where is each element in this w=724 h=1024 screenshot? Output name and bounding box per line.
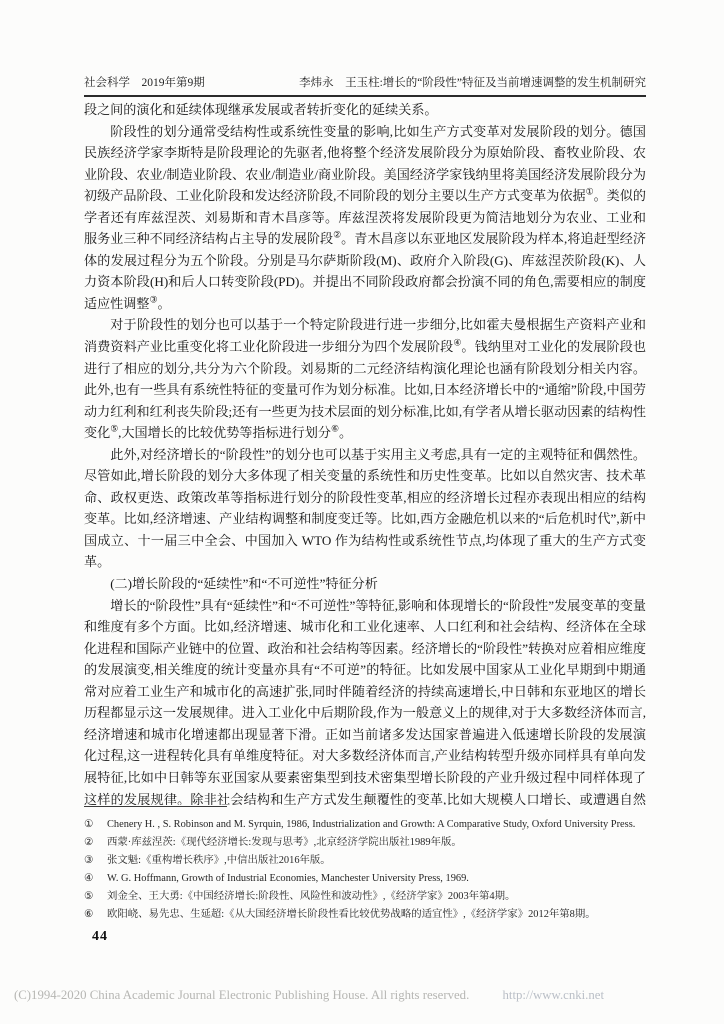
article-body: 段之间的演化和延续体现继承发展或者转折变化的延续关系。 阶段性的划分通常受结构性… (84, 99, 646, 805)
body-paragraph: 阶段性的划分通常受结构性或系统性变量的影响,比如生产方式变革对发展阶段的划分。德… (84, 121, 646, 315)
footnote-marker: ① (84, 816, 93, 834)
page-content: 社会科学 2019年第9期 李炜永 王玉柱:增长的“阶段性”特征及当前增速调整的… (84, 74, 646, 805)
footnote-marker: ② (84, 834, 93, 852)
footnote-item: ① Chenery H. , S. Robinson and M. Syrqui… (84, 816, 646, 834)
footnote-marker: ③ (84, 852, 93, 870)
footnote-item: ⑥ 欧阳峣、易先忠、生延超:《从大国经济增长阶段性看比较优势战略的适宜性》,《经… (84, 906, 646, 924)
footnote-text: 西蒙·库兹涅茨:《现代经济增长:发现与思考》,北京经济学院出版社1989年版。 (107, 837, 462, 848)
footnote-item: ③ 张文魁:《重构增长秩序》,中信出版社2016年版。 (84, 852, 646, 870)
footnote-marker: ④ (84, 870, 93, 888)
footnote-text: Chenery H. , S. Robinson and M. Syrquin,… (107, 819, 635, 830)
footnote-item: ② 西蒙·库兹涅茨:《现代经济增长:发现与思考》,北京经济学院出版社1989年版… (84, 834, 646, 852)
footnote-text: 欧阳峣、易先忠、生延超:《从大国经济增长阶段性看比较优势战略的适宜性》,《经济学… (107, 909, 596, 920)
body-paragraph: 此外,对经济增长的“阶段性”的划分也可以基于实用主义考虑,具有一定的主观特征和偶… (84, 444, 646, 573)
footnotes-section: ① Chenery H. , S. Robinson and M. Syrqui… (84, 806, 646, 924)
journal-page: 社会科学 2019年第9期 李炜永 王玉柱:增长的“阶段性”特征及当前增速调整的… (0, 0, 724, 1024)
journal-issue-label: 社会科学 2019年第9期 (84, 74, 205, 90)
footnote-text: 张文魁:《重构增长秩序》,中信出版社2016年版。 (107, 855, 331, 866)
footnote-item: ⑤ 刘金全、王大勇:《中国经济增长:阶段性、风险性和波动性》,《经济学家》200… (84, 888, 646, 906)
footer-copyright: (C)1994-2020 China Academic Journal Elec… (14, 988, 469, 1002)
footnote-marker: ⑥ (84, 906, 93, 924)
footer-url: http://www.cnki.net (502, 988, 604, 1002)
body-paragraph: 对于阶段性的划分也可以基于一个特定阶段进行进一步细分,比如霍夫曼根据生产资料产业… (84, 314, 646, 443)
footnote-item: ④ W. G. Hoffmann, Growth of Industrial E… (84, 870, 646, 888)
footnote-text: 刘金全、王大勇:《中国经济增长:阶段性、风险性和波动性》,《经济学家》2003年… (107, 891, 515, 902)
running-title: 李炜永 王玉柱:增长的“阶段性”特征及当前增速调整的发生机制研究 (299, 74, 646, 90)
section-heading: (二)增长阶段的“延续性”和“不可逆性”特征分析 (84, 573, 646, 595)
page-number: 44 (92, 929, 108, 945)
scan-footer: (C)1994-2020 China Academic Journal Elec… (14, 988, 716, 1003)
body-paragraph: 增长的“阶段性”具有“延续性”和“不可逆性”等特征,影响和体现增长的“阶段性”发… (84, 595, 646, 805)
footnote-divider (84, 806, 227, 807)
running-header: 社会科学 2019年第9期 李炜永 王玉柱:增长的“阶段性”特征及当前增速调整的… (84, 74, 646, 97)
body-paragraph: 段之间的演化和延续体现继承发展或者转折变化的延续关系。 (84, 99, 646, 121)
footnote-marker: ⑤ (84, 888, 93, 906)
footnote-text: W. G. Hoffmann, Growth of Industrial Eco… (107, 873, 469, 884)
